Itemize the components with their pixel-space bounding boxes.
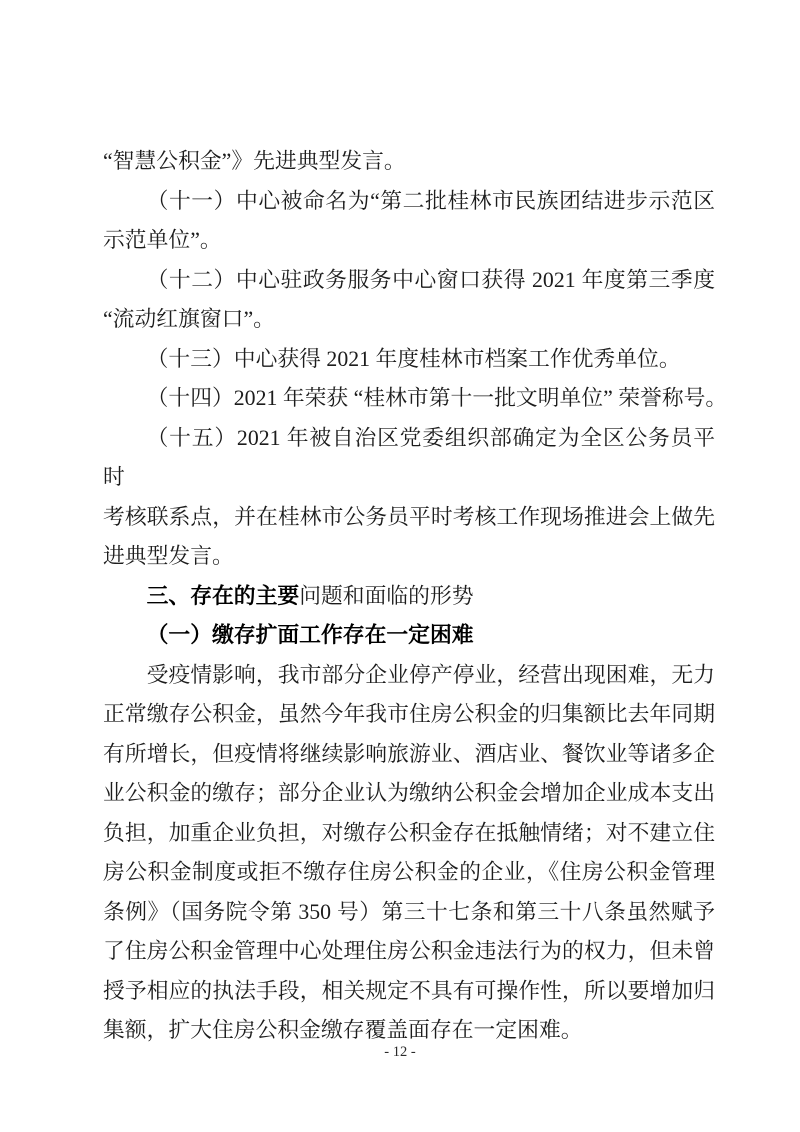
paragraph-line: 房公积金制度或拒不缴存住房公积金的企业，《住房公积金管理 (103, 853, 715, 893)
text-line: 进典型发言。 (103, 537, 715, 577)
paragraph-line: 授予相应的执法手段，相关规定不具有可操作性，所以要增加归 (103, 972, 715, 1012)
document-page: “智慧公积金”》先进典型发言。 （十一）中心被命名为“第二批桂林市民族团结进步示… (0, 0, 800, 1132)
paragraph-line: 受疫情影响，我市部分企业停产停业，经营出现困难，无力 (103, 656, 715, 696)
section-heading: 三、存在的主要问题和面临的形势 (103, 577, 715, 617)
text-line: 示范单位”。 (103, 221, 715, 261)
text-line: “智慧公积金”》先进典型发言。 (103, 142, 715, 182)
page-number: - 12 - (0, 1044, 800, 1061)
paragraph-line: 负担，加重企业负担，对缴存公积金存在抵触情绪；对不建立住 (103, 814, 715, 854)
text-line: （十五）2021 年被自治区党委组织部确定为全区公务员平时 (103, 419, 715, 498)
text-line: 考核联系点，并在桂林市公务员平时考核工作现场推进会上做先 (103, 498, 715, 538)
document-body: “智慧公积金”》先进典型发言。 （十一）中心被命名为“第二批桂林市民族团结进步示… (103, 142, 715, 1051)
section-heading-bold: 三、存在的主要 (147, 584, 300, 608)
text-line: （十二）中心驻政务服务中心窗口获得 2021 年度第三季度 (103, 261, 715, 301)
section-heading-normal: 问题和面临的形势 (299, 584, 473, 608)
text-line: （十一）中心被命名为“第二批桂林市民族团结进步示范区 (103, 182, 715, 222)
paragraph-line: 有所增长，但疫情将继续影响旅游业、酒店业、餐饮业等诸多企 (103, 735, 715, 775)
text-line: “流动红旗窗口”。 (103, 300, 715, 340)
paragraph-line: 业公积金的缴存；部分企业认为缴纳公积金会增加企业成本支出 (103, 774, 715, 814)
text-line: （十三）中心获得 2021 年度桂林市档案工作优秀单位。 (103, 340, 715, 380)
subsection-heading: （一）缴存扩面工作存在一定困难 (103, 616, 715, 656)
paragraph-line: 了住房公积金管理中心处理住房公积金违法行为的权力，但未曾 (103, 932, 715, 972)
text-line: （十四）2021 年荣获 “桂林市第十一批文明单位” 荣誉称号。 (103, 379, 715, 419)
paragraph-line: 条例》（国务院令第 350 号）第三十七条和第三十八条虽然赋予 (103, 893, 715, 933)
paragraph-line: 正常缴存公积金，虽然今年我市住房公积金的归集额比去年同期 (103, 695, 715, 735)
